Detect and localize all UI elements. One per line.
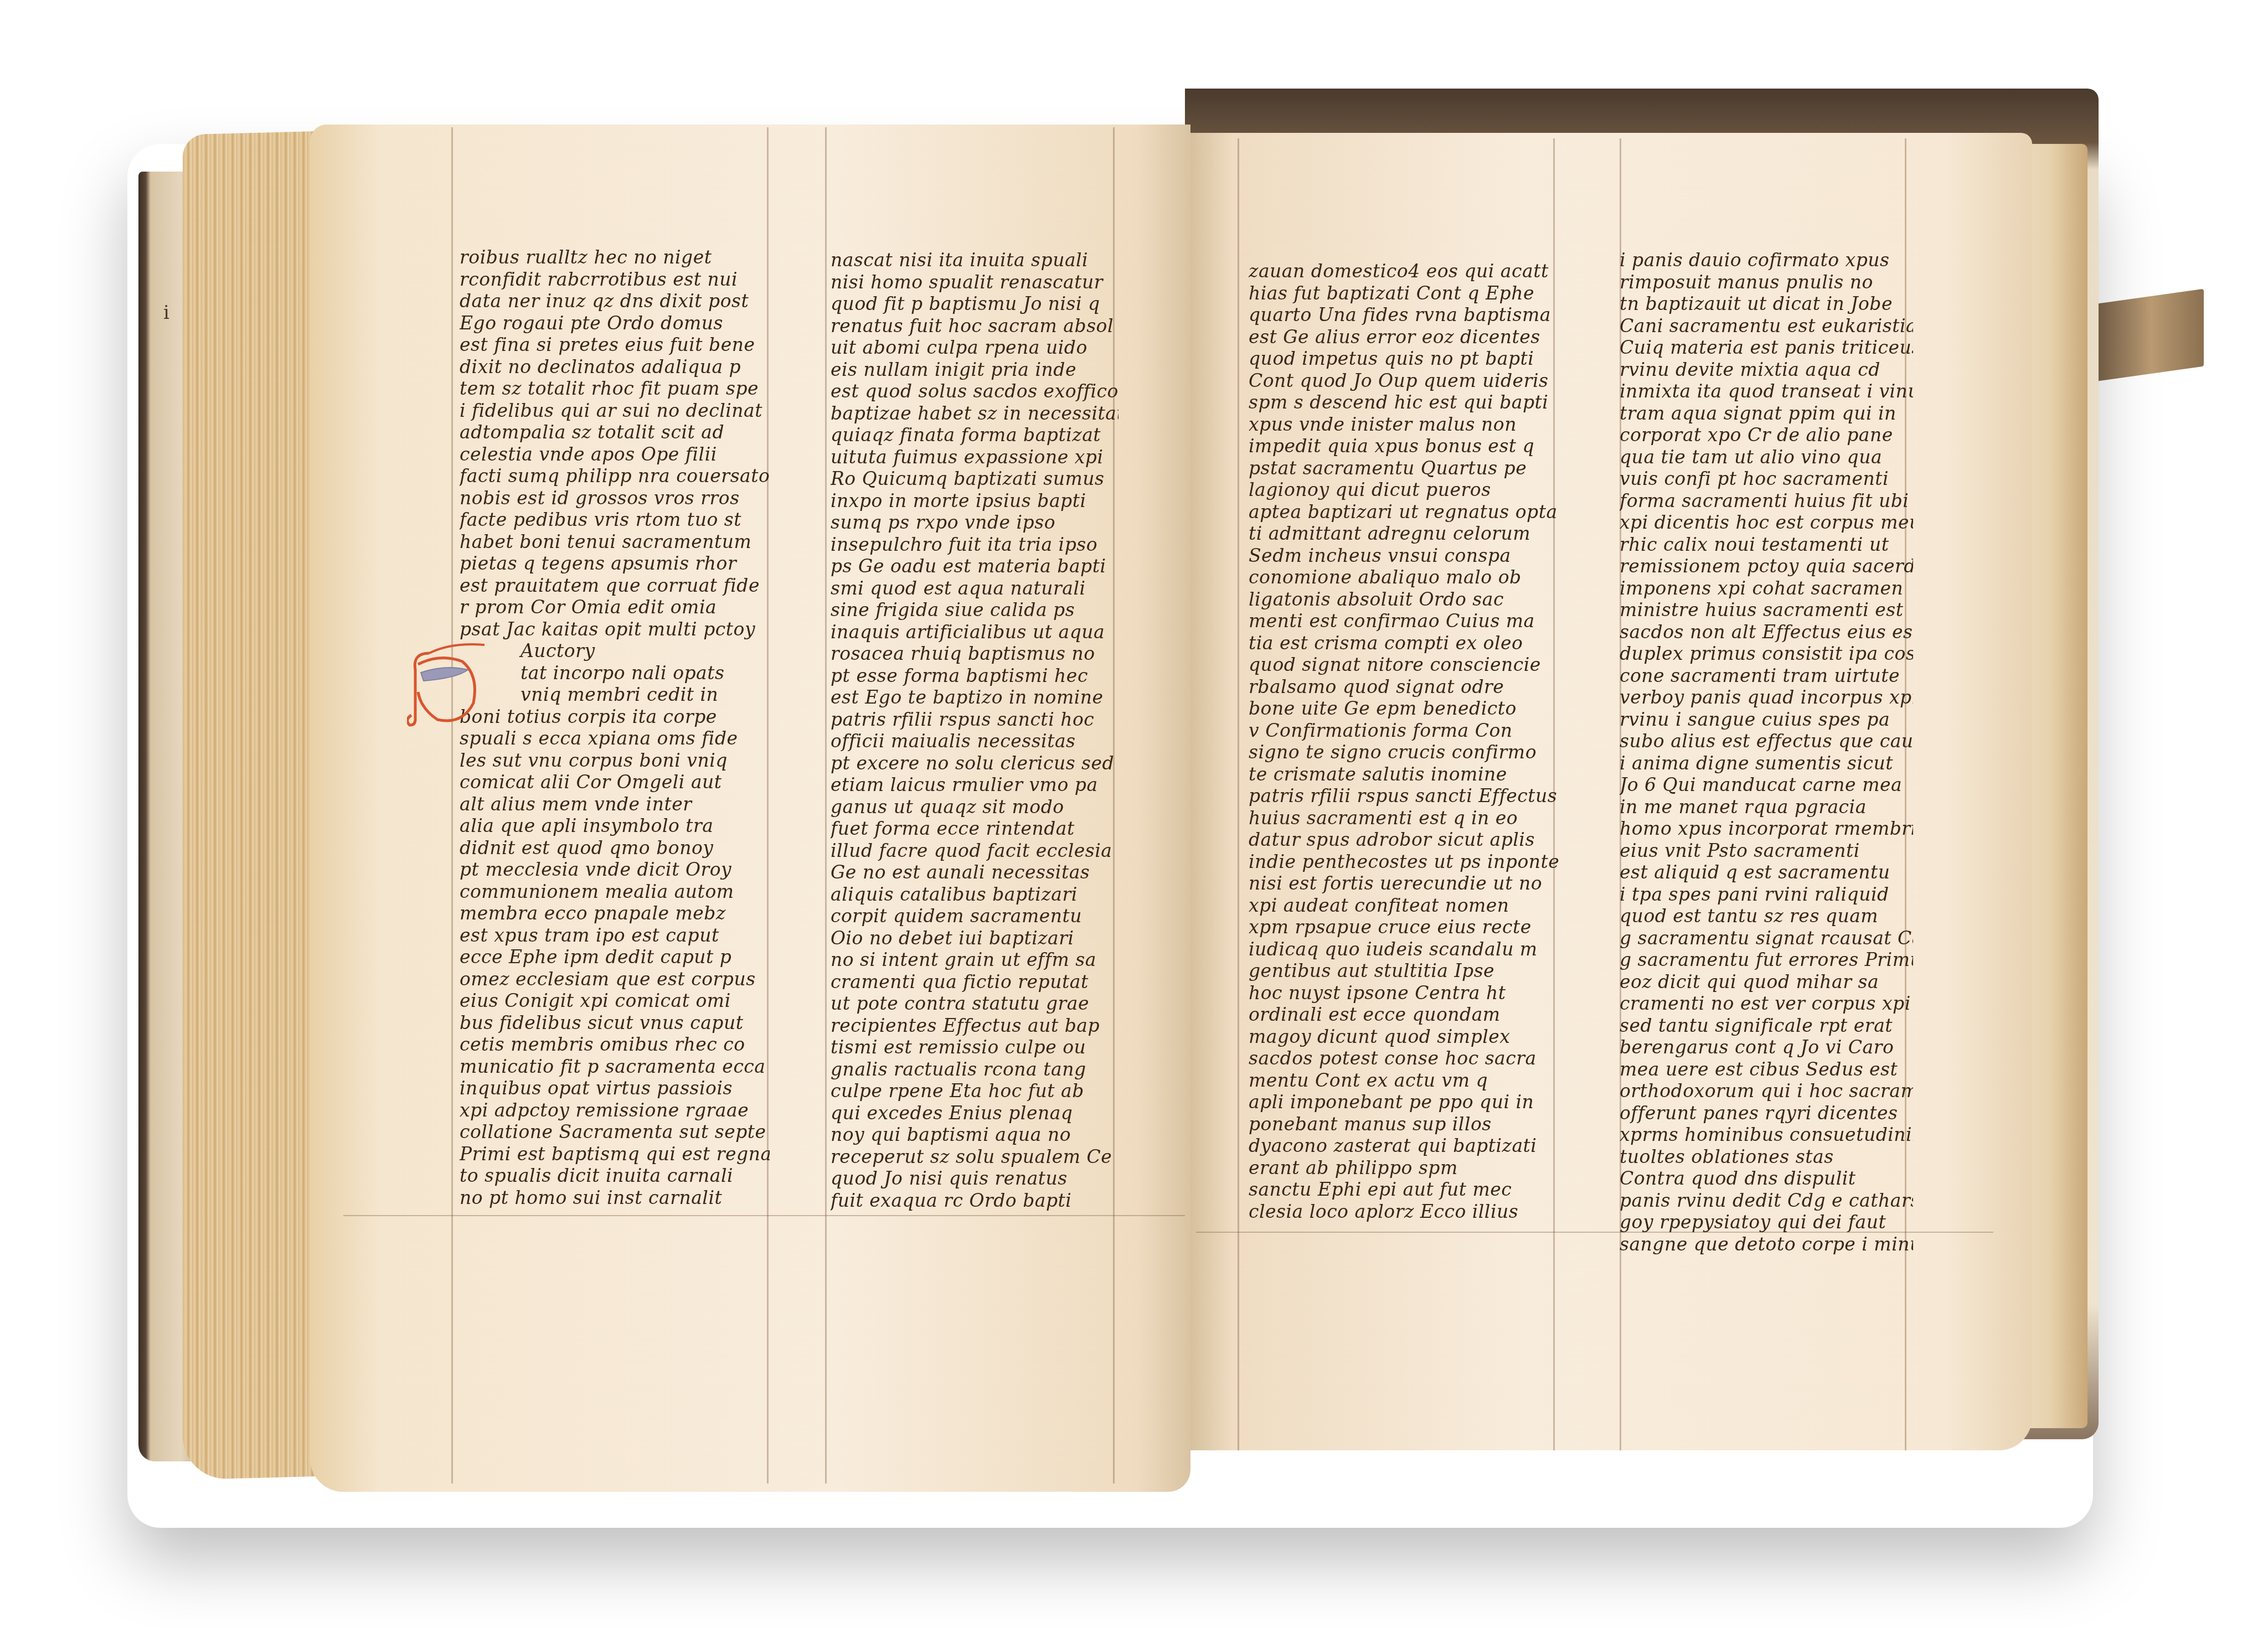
manuscript-line: r prom Cor Omia edit omia: [460, 596, 770, 618]
manuscript-line: tismi est remissio culpe ou: [831, 1036, 1118, 1058]
manuscript-line: data ner inuz qz dns dixit post: [460, 290, 770, 312]
manuscript-line: inxpo in morte ipsius bapti: [831, 490, 1118, 512]
manuscript-line: omez ecclesiam que est corpus: [460, 968, 770, 990]
manuscript-line: spm s descend hic est qui bapti: [1249, 391, 1559, 414]
manuscript-line: iudicaq quo iudeis scandalu m: [1249, 938, 1559, 960]
manuscript-line: pt esse forma baptismi hec: [831, 665, 1118, 687]
manuscript-line: signo te signo crucis confirmo: [1249, 741, 1559, 763]
manuscript-line: dixit no declinatos adaliqua p: [460, 356, 770, 378]
manuscript-line: psat Jac kaitas opit multi pctoy: [460, 618, 770, 640]
manuscript-line: impedit quia xpus bonus est q: [1249, 435, 1559, 457]
manuscript-line: goy rpepysiatoy qui dei faut: [1620, 1211, 1913, 1233]
manuscript-line: imponens xpi cohat sacramen: [1620, 577, 1913, 599]
ruling-line: [1238, 138, 1239, 1450]
manuscript-line: inaquis artificialibus ut aqua: [831, 621, 1118, 643]
manuscript-line: celestia vnde apos Ope filii: [460, 443, 770, 466]
manuscript-line: xpi dicentis hoc est corpus meu: [1620, 511, 1913, 534]
manuscript-line: eoz dicit qui quod mihar sa: [1620, 971, 1913, 993]
manuscript-line: hias fut baptizati Cont q Ephe: [1249, 282, 1559, 304]
manuscript-line: facti sumq philipp nra couersato: [460, 465, 770, 487]
manuscript-line: xpm rpsapue cruce eius recte: [1249, 916, 1559, 938]
manuscript-line: forma sacramenti huius fit ubi: [1620, 490, 1913, 512]
manuscript-line: Cuiq materia est panis triticeus: [1620, 337, 1913, 359]
manuscript-line: receperut sz solu spualem Ce: [831, 1146, 1118, 1168]
manuscript-line: Contra quod dns dispulit: [1620, 1167, 1913, 1190]
manuscript-line: cone sacramenti tram uirtute: [1620, 665, 1913, 687]
manuscript-line: v Confirmationis forma Con: [1249, 720, 1559, 742]
text-column-3: zauan domestico4 eos qui acatthias fut b…: [1249, 260, 1559, 1234]
manuscript-line: eis nullam inigit pria inde: [831, 359, 1118, 381]
manuscript-line: quod est tantu sz res quam: [1620, 905, 1913, 927]
manuscript-line: comicat alii Cor Omgeli aut: [460, 771, 770, 793]
manuscript-line: officii maiualis necessitas: [831, 730, 1118, 752]
manuscript-line: pt mecclesia vnde dicit Oroy: [460, 859, 770, 881]
manuscript-line: panis rvinu dedit Cdg e catharsi: [1620, 1190, 1913, 1212]
manuscript-line: nisi homo spualit renascatur: [831, 271, 1118, 293]
manuscript-line: est quod solus sacdos exoffico: [831, 380, 1118, 402]
manuscript-line: cetis membris omibus rhec co: [460, 1033, 770, 1056]
manuscript-line: sacdos potest conse hoc sacra: [1249, 1047, 1559, 1069]
manuscript-line: uit abomi culpa rpena uido: [831, 337, 1118, 359]
manuscript-line: quod impetus quis no pt bapti: [1249, 348, 1559, 370]
manuscript-line: culpe rpene Eta hoc fut ab: [831, 1080, 1118, 1102]
manuscript-line: clesia loco aplorz Ecco illius: [1249, 1201, 1559, 1223]
manuscript-line: recipientes Effectus aut bap: [831, 1015, 1118, 1037]
manuscript-line: aptea baptizari ut regnatus opta: [1249, 501, 1559, 523]
manuscript-line: ministre huius sacramenti est: [1620, 599, 1913, 621]
manuscript-line: alt alius mem vnde inter: [460, 793, 770, 815]
manuscript-line: quarto Una fides rvna baptisma: [1249, 304, 1559, 326]
manuscript-line: sacdos non alt Effectus eius est: [1620, 621, 1913, 643]
manuscript-line: municatio fit p sacramenta ecca: [460, 1056, 770, 1078]
manuscript-line: gnalis ractualis rcona tang: [831, 1058, 1118, 1081]
manuscript-line: aliquis catalibus baptizari: [831, 883, 1118, 906]
manuscript-line: Oio no debet iui baptizari: [831, 927, 1118, 949]
manuscript-line: collatione Sacramenta sut septe: [460, 1121, 770, 1143]
manuscript-line: inquibus opat virtus passiois: [460, 1077, 770, 1099]
manuscript-line: to spualis dicit inuita carnali: [460, 1165, 770, 1187]
manuscript-line: i fidelibus qui ar sui no declinat: [460, 400, 770, 422]
manuscript-line: insepulchro fuit ita tria ipso: [831, 534, 1118, 556]
manuscript-line: fuet forma ecce rintendat: [831, 818, 1118, 840]
manuscript-line: baptizae habet sz in necessitate: [831, 402, 1118, 425]
manuscript-line: renatus fuit hoc sacram absol: [831, 315, 1118, 337]
manuscript-line: rbalsamo quod signat odre: [1249, 676, 1559, 698]
manuscript-line: corpit quidem sacramentu: [831, 905, 1118, 927]
manuscript-line: pt excere no solu clericus sed: [831, 752, 1118, 774]
manuscript-line: apli imponebant pe ppo qui in: [1249, 1091, 1559, 1113]
manuscript-line: rosacea rhuiq baptismus no: [831, 643, 1118, 665]
manuscript-line: offerunt panes rqyri dicentes: [1620, 1102, 1913, 1124]
manuscript-line: noy qui baptismi aqua no: [831, 1124, 1118, 1146]
manuscript-line: facte pedibus vris rtom tuo st: [460, 509, 770, 531]
manuscript-line: ligatonis absoluit Ordo sac: [1249, 588, 1559, 611]
manuscript-line: ordinali est ecce quondam: [1249, 1004, 1559, 1026]
manuscript-line: tram aqua signat ppim qui in: [1620, 402, 1913, 425]
manuscript-line: qui excedes Enius plenaq: [831, 1102, 1118, 1124]
manuscript-line: les sut vnu corpus boni vniq: [460, 750, 770, 772]
manuscript-line: est xpus tram ipo est caput: [460, 924, 770, 947]
manuscript-line: bus fidelibus sicut vnus caput: [460, 1012, 770, 1034]
manuscript-line: tia est crisma compti ex oleo: [1249, 632, 1559, 654]
text-column-4: i panis dauio cofirmato xpusrimposuit ma…: [1620, 249, 1913, 1257]
manuscript-line: lagionoy qui dicut pueros: [1249, 479, 1559, 501]
manuscript-line: alia que apli insymbolo tra: [460, 815, 770, 837]
manuscript-line: verboy panis quad incorpus xpi: [1620, 686, 1913, 709]
manuscript-line: est prauitatem que corruat fide: [460, 575, 770, 597]
manuscript-line: rvinu devite mixtia aqua cd: [1620, 359, 1913, 381]
manuscript-line: Auctory: [460, 640, 770, 662]
manuscript-line: cramenti no est ver corpus xpi: [1620, 993, 1913, 1015]
manuscript-line: Cani sacramentu est eukaristia: [1620, 315, 1913, 337]
ruling-line: [825, 127, 827, 1484]
manuscript-line: orthodoxorum qui i hoc sacramento: [1620, 1080, 1913, 1102]
manuscript-line: sangne que detoto corpe i minuut: [1620, 1233, 1913, 1255]
manuscript-line: habet boni tenui sacramentum: [460, 531, 770, 553]
manuscript-line: remissionem pctoy quia sacerdos: [1620, 555, 1913, 577]
manuscript-line: bone uite Ge epm benedicto: [1249, 697, 1559, 720]
manuscript-line: i panis dauio cofirmato xpus: [1620, 249, 1913, 271]
manuscript-line: berengarus cont q Jo vi Caro: [1620, 1036, 1913, 1058]
manuscript-line: dyacono zasterat qui baptizati: [1249, 1135, 1559, 1157]
manuscript-line: nobis est id grossos vros rros: [460, 487, 770, 509]
manuscript-line: sine frigida siue calida ps: [831, 599, 1118, 621]
manuscript-line: Ro Quicumq baptizati sumus: [831, 468, 1118, 490]
manuscript-line: xpus vnde inister malus non: [1249, 414, 1559, 436]
manuscript-line: zauan domestico4 eos qui acatt: [1249, 260, 1559, 282]
manuscript-line: ut pote contra statutu grae: [831, 993, 1118, 1015]
left-page-fore-edge: [183, 131, 327, 1480]
manuscript-line: didnit est quod qmo bonoy: [460, 837, 770, 859]
manuscript-line: eius Conigit xpi comicat omi: [460, 990, 770, 1012]
manuscript-line: pietas q tegens apsumis rhor: [460, 552, 770, 575]
manuscript-line: quod signat nitore consciencie: [1249, 654, 1559, 676]
manuscript-line: Ego rogaui pte Ordo domus: [460, 312, 770, 334]
manuscript-line: corporat xpo Cr de alio pane: [1620, 424, 1913, 446]
manuscript-line: eius vnit Psto sacramenti: [1620, 840, 1913, 862]
manuscript-line: indie penthecostes ut ps inponte: [1249, 851, 1559, 873]
manuscript-line: mentu Cont ex actu vm q: [1249, 1069, 1559, 1092]
manuscript-line: i tpa spes pani rvini raliquid: [1620, 883, 1913, 906]
text-column-1: roibus rualltz hec no nigetrconfidit rab…: [460, 246, 770, 1221]
manuscript-line: qua tie tam ut alio vino qua: [1620, 446, 1913, 468]
manuscript-line: roibus rualltz hec no niget: [460, 246, 770, 268]
manuscript-line: vuis confi pt hoc sacramenti: [1620, 468, 1913, 490]
manuscript-line: in me manet rqua pgracia: [1620, 796, 1913, 818]
manuscript-line: Sedm incheus vnsui conspa: [1249, 545, 1559, 567]
leather-page-tab: [2099, 289, 2204, 381]
manuscript-line: boni totius corpis ita corpe: [460, 706, 770, 728]
manuscript-line: sed tantu significale rpt erat: [1620, 1015, 1913, 1037]
manuscript-line: etiam laicus rmulier vmo pa: [831, 774, 1118, 796]
manuscript-line: gentibus aut stultitia Ipse: [1249, 960, 1559, 982]
manuscript-line: patris rfilii rspus sancti hoc: [831, 709, 1118, 731]
manuscript-line: nisi est fortis uerecundie ut no: [1249, 872, 1559, 895]
manuscript-line: hoc nuyst ipsone Centra ht: [1249, 982, 1559, 1004]
ruling-line: [451, 127, 453, 1484]
manuscript-line: subo alius est effectus que causat: [1620, 730, 1913, 752]
manuscript-line: communionem mealia autom: [460, 881, 770, 903]
manuscript-line: est Ge alius error eoz dicentes: [1249, 326, 1559, 348]
manuscript-line: erant ab philippo spm: [1249, 1157, 1559, 1179]
manuscript-photograph: i roibus rualltz hec no nigetrconfidit r…: [0, 0, 2268, 1628]
manuscript-line: nascat nisi ita inuita spuali: [831, 249, 1118, 271]
manuscript-line: no pt homo sui inst carnalit: [460, 1187, 770, 1209]
manuscript-line: rvinu i sangue cuius spes pa: [1620, 709, 1913, 731]
manuscript-line: te crismate salutis inomine: [1249, 763, 1559, 785]
manuscript-line: no si intent grain ut effm sa: [831, 949, 1118, 971]
manuscript-line: tem sz totalit rhoc fit puam spe: [460, 378, 770, 400]
manuscript-line: est fina si pretes eius fuit bene: [460, 334, 770, 356]
manuscript-line: conomione abaliquo malo ob: [1249, 566, 1559, 588]
manuscript-line: ganus ut quaqz sit modo: [831, 796, 1118, 818]
manuscript-line: inmixta ita quod transeat i vinu: [1620, 380, 1913, 402]
manuscript-line: Jo 6 Qui manducat carne mea: [1620, 774, 1913, 796]
manuscript-line: est aliquid q est sacramentu: [1620, 861, 1913, 883]
manuscript-line: huius sacramenti est q in eo: [1249, 807, 1559, 829]
manuscript-line: tat incorpo nali opats: [460, 662, 770, 684]
manuscript-line: spuali s ecca xpiana oms fide: [460, 727, 770, 750]
manuscript-line: sanctu Ephi epi aut fut mec: [1249, 1179, 1559, 1201]
manuscript-line: quiaqz finata forma baptizat: [831, 424, 1118, 446]
manuscript-line: ponebant manus sup illos: [1249, 1113, 1559, 1135]
manuscript-line: rhic calix noui testamenti ut: [1620, 534, 1913, 556]
manuscript-line: duplex primus consistit ipa cosec: [1620, 643, 1913, 665]
manuscript-line: sumq ps rxpo vnde ipso: [831, 511, 1118, 534]
manuscript-line: g sacramentu signat rcausat Ca: [1620, 927, 1913, 949]
manuscript-line: magoy dicunt quod simplex: [1249, 1026, 1559, 1048]
manuscript-line: rimposuit manus pnulis no: [1620, 271, 1913, 293]
manuscript-line: patris rfilii rspus sancti Effectus: [1249, 785, 1559, 807]
manuscript-line: g sacramentu fut errores Primus: [1620, 949, 1913, 971]
manuscript-line: tuoltes oblationes stas: [1620, 1146, 1913, 1168]
manuscript-line: pstat sacramentu Quartus pe: [1249, 457, 1559, 479]
manuscript-line: fuit exaqua rc Ordo bapti: [831, 1190, 1118, 1212]
manuscript-line: rconfidit rabcrrotibus est nui: [460, 268, 770, 291]
manuscript-line: ecce Ephe ipm dedit caput p: [460, 946, 770, 968]
manuscript-line: Cont quod Jo Oup quem uideris: [1249, 370, 1559, 392]
manuscript-line: i anima digne sumentis sicut: [1620, 752, 1913, 774]
manuscript-line: adtompalia sz totalit scit ad: [460, 421, 770, 443]
fore-edge-mark: i: [163, 302, 169, 324]
manuscript-line: est Ego te baptizo in nomine: [831, 686, 1118, 709]
manuscript-line: xprms hominibus consuetudinibus sta: [1620, 1124, 1913, 1146]
manuscript-line: homo xpus incorporat rmembris: [1620, 818, 1913, 840]
manuscript-line: uituta fuimus expassione xpi: [831, 446, 1118, 468]
manuscript-line: xpi adpctoy remissione rgraae: [460, 1099, 770, 1121]
manuscript-line: ps Ge oadu est materia bapti: [831, 555, 1118, 577]
manuscript-line: Primi est baptismq qui est regna: [460, 1143, 770, 1165]
manuscript-line: Ge no est aunali necessitas: [831, 861, 1118, 883]
text-column-2: nascat nisi ita inuita spualinisi homo s…: [831, 249, 1118, 1223]
manuscript-line: illud facre quod facit ecclesia: [831, 840, 1118, 862]
manuscript-line: smi quod est aqua naturali: [831, 577, 1118, 599]
manuscript-line: mea uere est cibus Sedus est: [1620, 1058, 1913, 1081]
manuscript-line: quod Jo nisi quis renatus: [831, 1167, 1118, 1190]
manuscript-line: quod fit p baptismu Jo nisi q: [831, 293, 1118, 315]
manuscript-line: ti admittant adregnu celorum: [1249, 523, 1559, 545]
manuscript-line: datur spus adrobor sicut aplis: [1249, 829, 1559, 851]
manuscript-line: tn baptizauit ut dicat in Jobe: [1620, 293, 1913, 315]
manuscript-line: vniq membri cedit in: [460, 684, 770, 706]
manuscript-line: membra ecco pnapale mebz: [460, 902, 770, 924]
manuscript-line: cramenti qua fictio reputat: [831, 971, 1118, 993]
manuscript-line: menti est confirmao Cuius ma: [1249, 610, 1559, 632]
decorated-initial-icon: [407, 642, 484, 731]
manuscript-line: xpi audeat confiteat nomen: [1249, 895, 1559, 917]
